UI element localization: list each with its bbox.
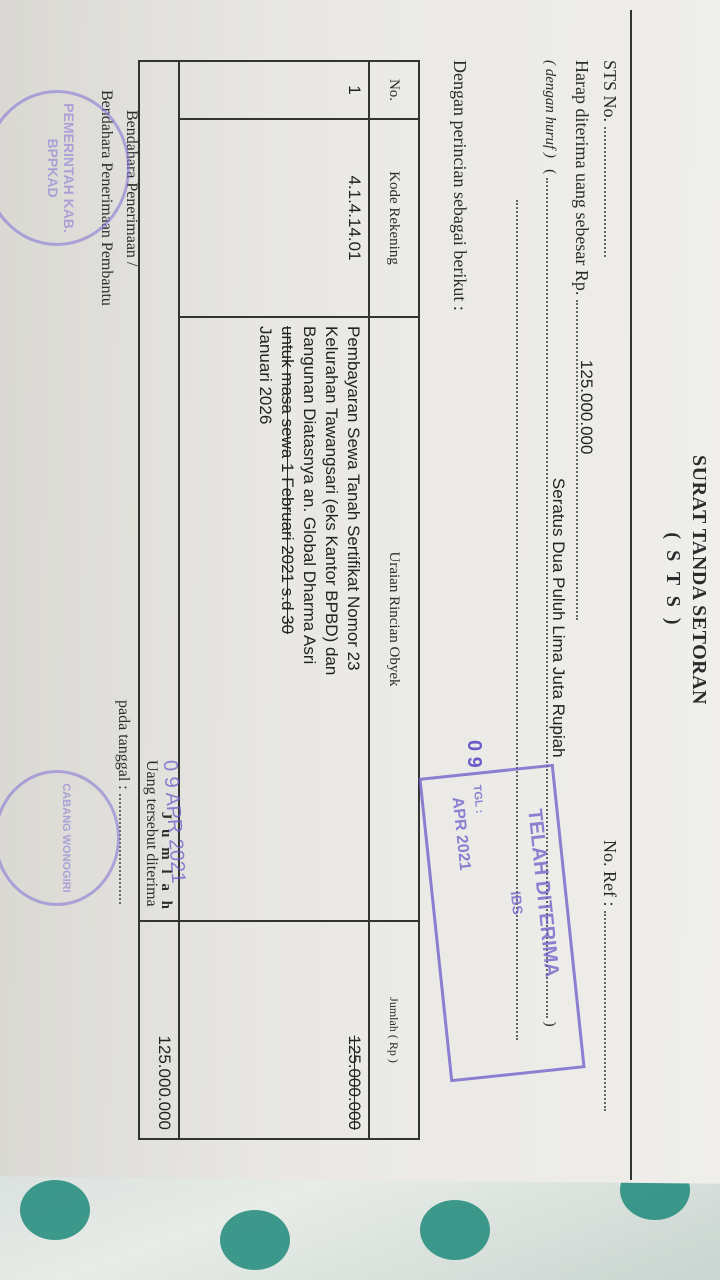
amount-in-words: Seratus Dua Puluh Lima Juta Rupiah [548, 478, 568, 758]
stamp-tgl: TGL : [470, 784, 485, 814]
flower-pattern [20, 1180, 90, 1240]
amount-value: 125.000.000 [576, 360, 596, 455]
date-dots [119, 794, 135, 904]
received-date-field: pada tanggal : [114, 700, 135, 904]
sts-no-label: STS No. [600, 60, 620, 122]
amount-field: Harap diterima uang sebesar Rp. 125.000.… [571, 60, 592, 620]
uraian-line: Januari 2026 [254, 326, 276, 912]
row-no: 1 [179, 61, 369, 119]
table-row: 1 4.1.4.14.01 Pembayaran Sewa Tanah Sert… [179, 61, 369, 1139]
header-divider [630, 10, 632, 1180]
no-ref-label: No. Ref : [600, 840, 620, 907]
header-uraian: Uraian Rincian Obyek [369, 317, 419, 921]
table-header-row: No. Kode Rekening Uraian Rincian Obyek J… [369, 61, 419, 1139]
header-jumlah: Jumlah ( Rp ) [369, 921, 419, 1139]
amount-dots: 125.000.000 [576, 300, 592, 620]
uraian-line: Kelurahan Tawangsari (eks Kantor BPBD) d… [320, 326, 342, 912]
round-stamp-text: PEMERINTAH KAB. BPPKAD [45, 93, 127, 243]
uraian-line: Pembayaran Sewa Tanah Sertifikat Nomor 2… [342, 326, 364, 912]
row-jumlah: 125.000.000 [179, 921, 369, 1139]
row-uraian: Pembayaran Sewa Tanah Sertifikat Nomor 2… [179, 317, 369, 921]
stamp-day: 0 9 [462, 740, 485, 768]
total-value: 125.000.000 [139, 921, 179, 1139]
flower-pattern [220, 1210, 290, 1270]
stamp-title: TELAH DITERIMA [522, 808, 563, 978]
amount-label: Harap diterima uang sebesar Rp. [572, 60, 592, 295]
flower-pattern [420, 1200, 490, 1260]
bank-round-stamp: CABANG WONOGIRI [0, 770, 120, 906]
row-kode: 4.1.4.14.01 [179, 119, 369, 317]
header-kode-rekening: Kode Rekening [369, 119, 419, 317]
no-ref-value [604, 911, 620, 1111]
details-table: No. Kode Rekening Uraian Rincian Obyek J… [138, 60, 420, 1140]
uraian-line: untuk masa sewa 1 Februari 2021 s.d 30 [276, 326, 298, 912]
uraian-line: Bangunan Diatasnya an. Global Dharma Asr… [298, 326, 320, 912]
details-label: Dengan perincian sebagai berikut : [449, 60, 470, 311]
sts-no-value [604, 127, 620, 257]
document-subtitle: ( S T S ) [661, 300, 684, 860]
words-open-paren: ( [542, 169, 558, 174]
table-total-row: J u m l a h 125.000.000 [139, 61, 179, 1139]
document-title: SURAT TANDA SETORAN [687, 300, 710, 860]
header-no: No. [369, 61, 419, 119]
sts-no-field: STS No. [599, 60, 620, 257]
date-label: pada tanggal : [115, 700, 132, 790]
no-ref-field: No. Ref : [599, 840, 620, 1111]
stamp-sub: IBS [508, 891, 526, 916]
sts-form: 023*01.602.011..0008........00001.045..S… [0, 0, 720, 1180]
stamp-date: APR 2021 [448, 796, 474, 871]
bank-stamp-text: CABANG WONOGIRI [60, 773, 117, 903]
government-round-stamp: PEMERINTAH KAB. BPPKAD [0, 90, 130, 246]
received-text: Uang tersebut diterima [142, 760, 160, 907]
words-label: ( dengan huruf ) [542, 60, 558, 158]
